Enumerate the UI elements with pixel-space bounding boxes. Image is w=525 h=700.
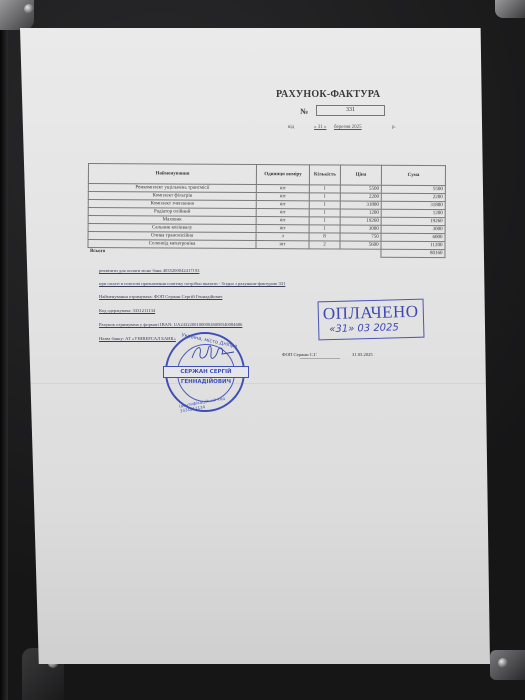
case-corner-bottom-right [490,650,525,680]
total-blank [309,249,340,257]
signature-line [300,358,340,359]
item-price: 2200 [340,193,381,201]
signer-name: ФОП Сержан С.Г. [282,352,317,357]
item-qty: 1 [309,209,340,217]
date-from-label: від [288,125,294,130]
table-header-row: Найменування Одиниця виміру Кількість Ці… [88,164,445,186]
sign-date: 31.03.2025 [352,352,373,357]
item-qty: 1 [309,185,340,193]
recipient-name: Найменування отримувача: ФОП Сержан Серг… [99,294,222,299]
total-label: Всього [88,248,256,257]
total-blank [340,249,381,257]
paid-stamp-date: «31» 03 2025 [329,322,399,335]
date-suffix: р. [392,125,396,130]
case-corner-top-left [0,0,34,30]
payment-requisites: реквізити для оплати моно банк 403520004… [99,268,199,273]
case-edge [0,0,8,700]
column-header-sum: Сума [382,165,446,185]
item-qty: 1 [309,193,340,201]
item-price: 1200 [340,209,381,217]
column-header-unit: Одиниця виміру [256,165,309,185]
item-qty: 1 [309,225,340,233]
invoice-items-table: Найменування Одиниця виміру Кількість Ці… [87,163,446,258]
total-sum: 80160 [381,249,445,257]
recipient-code: Код одержувача: 3331211134 [99,308,155,313]
recipient-iban: Рахунок отримувача у форматі IBAN: UA243… [99,322,242,327]
column-header-price: Ціна [340,165,381,185]
item-qty: 1 [309,201,340,209]
invoice-title: РАХУНОК-ФАКТУРА [276,89,380,100]
total-blank [256,249,309,257]
item-price: 19260 [340,217,381,225]
paid-stamp-text: ОПЛАЧЕНО [323,302,419,324]
item-price: 3000 [340,225,381,233]
column-header-name: Найменування [88,164,256,185]
item-qty: 8 [309,233,340,241]
seal-center-text: СЕРЖАН СЕРГІЙ ГЕННАДІЙОВИЧ [163,366,249,378]
item-qty: 2 [309,241,340,249]
invoice-number-label: № [300,107,308,116]
column-header-qty: Кількість [309,165,340,185]
bank-name: Назва банку: АТ «УНІВЕРСАЛ БАНК» [99,336,176,341]
date-day: « 31 » [314,125,327,130]
payment-purpose-note: при оплаті в поштові призначення платежу… [99,281,285,286]
item-price: 5500 [340,185,381,193]
date-month-year: березня 2025 [334,125,362,130]
paid-stamp: ОПЛАЧЕНО «31» 03 2025 [318,299,425,341]
invoice-paper [20,28,490,664]
invoice-number: 331 [316,105,385,116]
table-total-row: Всього80160 [88,248,445,258]
item-price: 5600 [340,241,381,249]
item-price: 750 [340,233,381,241]
handwritten-signature-icon [190,340,236,364]
paper-fold [20,383,490,384]
item-qty: 1 [309,217,340,225]
case-corner-top-right [495,0,525,18]
item-price: 31800 [340,201,381,209]
